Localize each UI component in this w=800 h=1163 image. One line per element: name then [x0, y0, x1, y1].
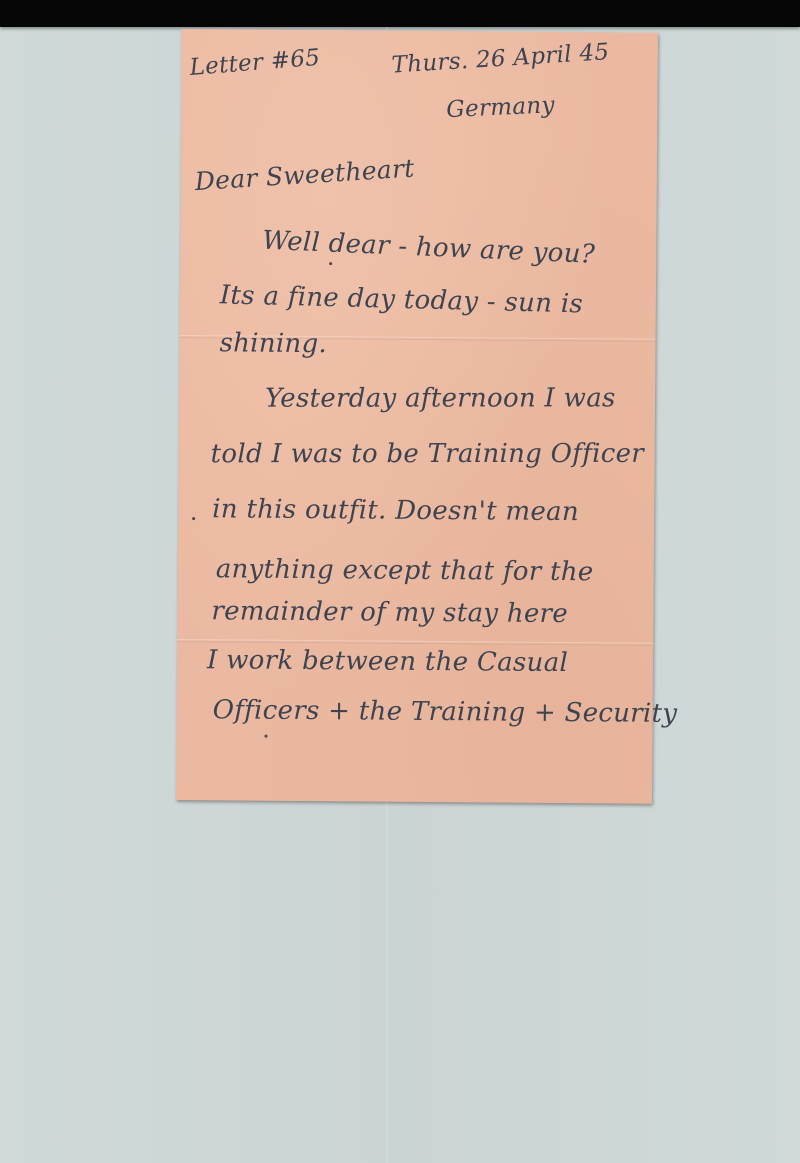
letter-number: Letter #65	[189, 45, 321, 81]
body-line: Officers + the Training + Security	[213, 695, 678, 729]
ink-speck	[192, 517, 195, 520]
body-line: anything except that for the	[216, 554, 594, 587]
letter-place: Germany	[446, 92, 555, 123]
body-line: Its a fine day today - sun is	[220, 280, 584, 319]
ink-speck	[264, 735, 267, 738]
body-line: I work between the Casual	[207, 645, 568, 678]
body-line: told I was to be Training Officer	[211, 439, 644, 469]
body-line: shining.	[219, 328, 327, 359]
scanner-edge-bar	[0, 0, 800, 27]
body-line: remainder of my stay here	[211, 596, 568, 629]
letter-sheet: Letter #65 Thurs. 26 April 45 Germany De…	[176, 29, 658, 804]
body-line: in this outfit. Doesn't mean	[212, 494, 579, 527]
salutation: Dear Sweetheart	[194, 154, 415, 197]
body-line: Well dear - how are you?	[262, 226, 596, 270]
body-line: Yesterday afternoon I was	[265, 383, 616, 413]
letter-date: Thurs. 26 April 45	[391, 39, 610, 78]
ink-speck	[329, 262, 332, 265]
